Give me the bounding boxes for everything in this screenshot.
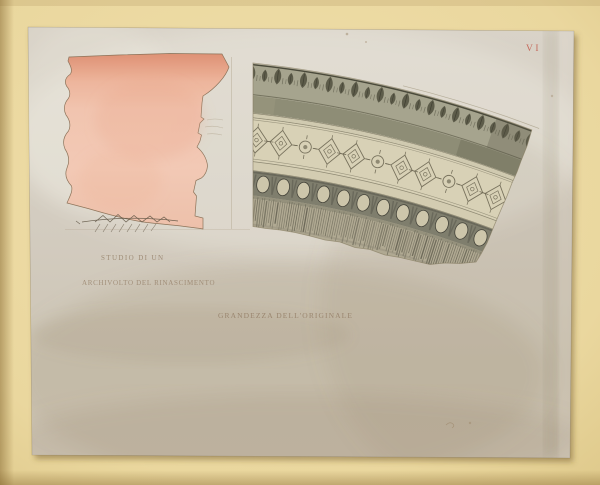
mount-top-shadow	[0, 0, 600, 6]
caption-line-2: ARCHIVOLTO DEL RINASCIMENTO	[82, 279, 215, 287]
wash-blotch-2	[78, 150, 162, 210]
mount-left-shadow	[0, 0, 14, 485]
mount-bottom-shadow	[0, 470, 600, 485]
mounted-drawing-photo: STUDIO DI UN ARCHIVOLTO DEL RINASCIMENTO…	[0, 0, 600, 485]
caption-line-1: STUDIO DI UN	[101, 254, 164, 262]
drawing-canvas	[0, 0, 600, 485]
plate-number: VI	[526, 44, 541, 54]
wash-blotch	[95, 80, 205, 160]
caption-line-3: GRANDEZZA DELL'ORIGINALE	[218, 311, 353, 320]
